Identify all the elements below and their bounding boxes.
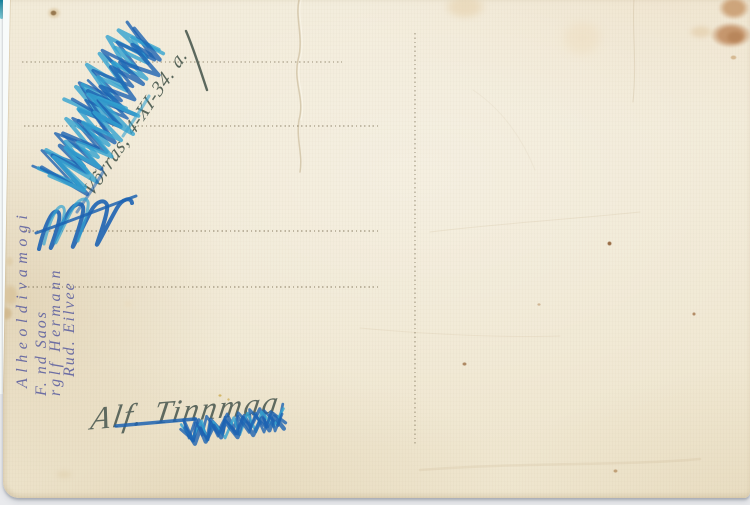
blue-marker-scribbles	[3, 0, 750, 498]
pen-stroke	[186, 31, 207, 90]
scribble-word	[39, 199, 132, 249]
postcard-back: Võrras, 4-XI-34. a. Alheoldivamogi F. nd…	[3, 0, 750, 498]
scan-stage: Võrras, 4-XI-34. a. Alheoldivamogi F. nd…	[0, 0, 750, 505]
